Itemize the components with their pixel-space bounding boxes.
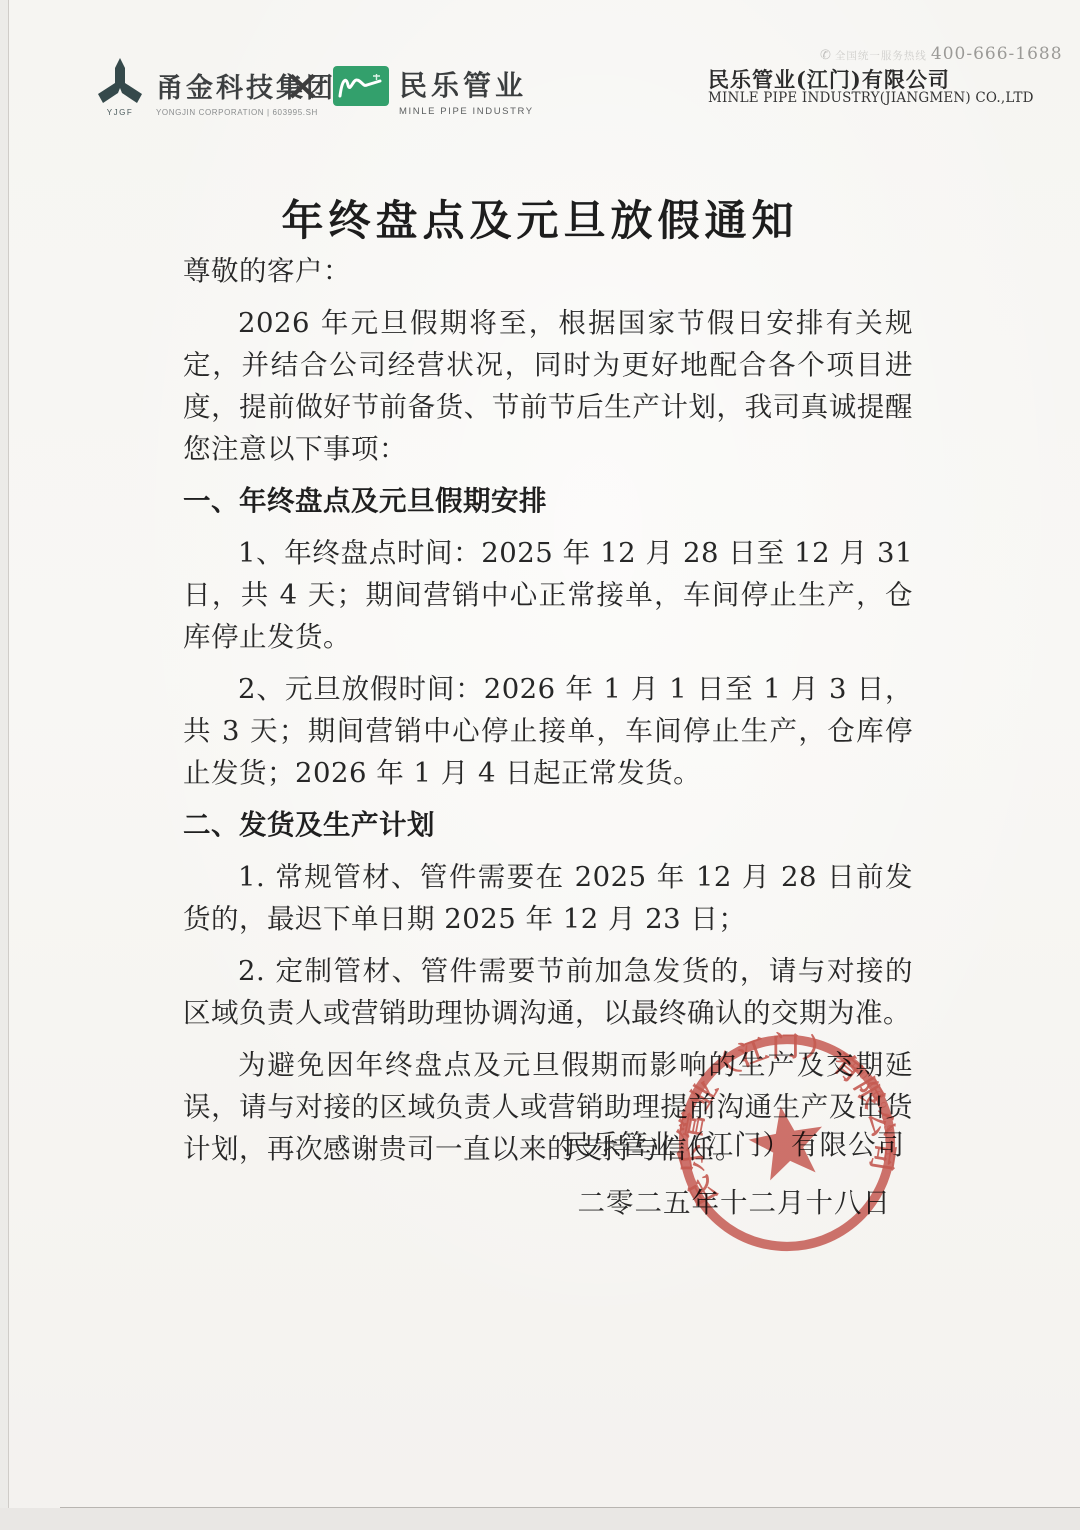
minle-logo-text: 民乐管业 MINLE PIPE INDUSTRY: [399, 64, 534, 117]
notice-title: 年终盘点及元旦放假通知: [0, 188, 1080, 248]
company-name-en: MINLE PIPE INDUSTRY(JIANGMEN) CO.,LTD: [708, 90, 1034, 106]
signature-company: 民乐管业（江门）有限公司: [563, 1122, 905, 1162]
scanned-notice-page: { "header": { "yongjin_logo": { "mark": …: [0, 0, 1080, 1530]
minle-name: 民乐管业: [399, 64, 534, 104]
x-separator-icon: ✕: [284, 63, 321, 111]
intro-paragraph: 2026 年元旦假期将至，根据国家节假日安排有关规定，并结合公司经营状况，同时为…: [183, 302, 913, 470]
section2-item1: 1. 常规管材、管件需要在 2025 年 12 月 28 日前发货的，最迟下单日…: [183, 856, 913, 940]
salutation: 尊敬的客户：: [183, 250, 913, 292]
notice-body: 尊敬的客户： 2026 年元旦假期将至，根据国家节假日安排有关规定，并结合公司经…: [183, 250, 913, 1170]
section1-item2: 2、元旦放假时间：2026 年 1 月 1 日至 1 月 3 日，共 3 天；期…: [183, 668, 913, 794]
signature-block: 民乐管业（江门）有限公司 二零二五年十二月十八日: [563, 1122, 905, 1220]
hotline-number: 400-666-1688: [931, 44, 1063, 64]
scan-background: [0, 1508, 1080, 1530]
hotline-label: 全国统一服务热线: [835, 48, 927, 63]
minle-subtitle: MINLE PIPE INDUSTRY: [399, 106, 534, 117]
section2-item2: 2. 定制管材、管件需要节前加急发货的，请与对接的区域负责人或营销助理协调沟通，…: [183, 950, 913, 1034]
hotline: ✆ 全国统一服务热线 400-666-1688: [820, 44, 1063, 64]
phone-icon: ✆: [820, 48, 831, 63]
minle-logo-icon: [333, 66, 389, 106]
yongjin-mark-label: YJGF: [107, 108, 133, 117]
section1-heading: 一、年终盘点及元旦假期安排: [183, 480, 913, 522]
yongjin-logo-icon: YJGF: [92, 56, 148, 118]
signature-date: 二零二五年十二月十八日: [563, 1180, 905, 1220]
section1-item1: 1、年终盘点时间：2025 年 12 月 28 日至 12 月 31 日，共 4…: [183, 532, 913, 658]
section2-heading: 二、发货及生产计划: [183, 804, 913, 846]
